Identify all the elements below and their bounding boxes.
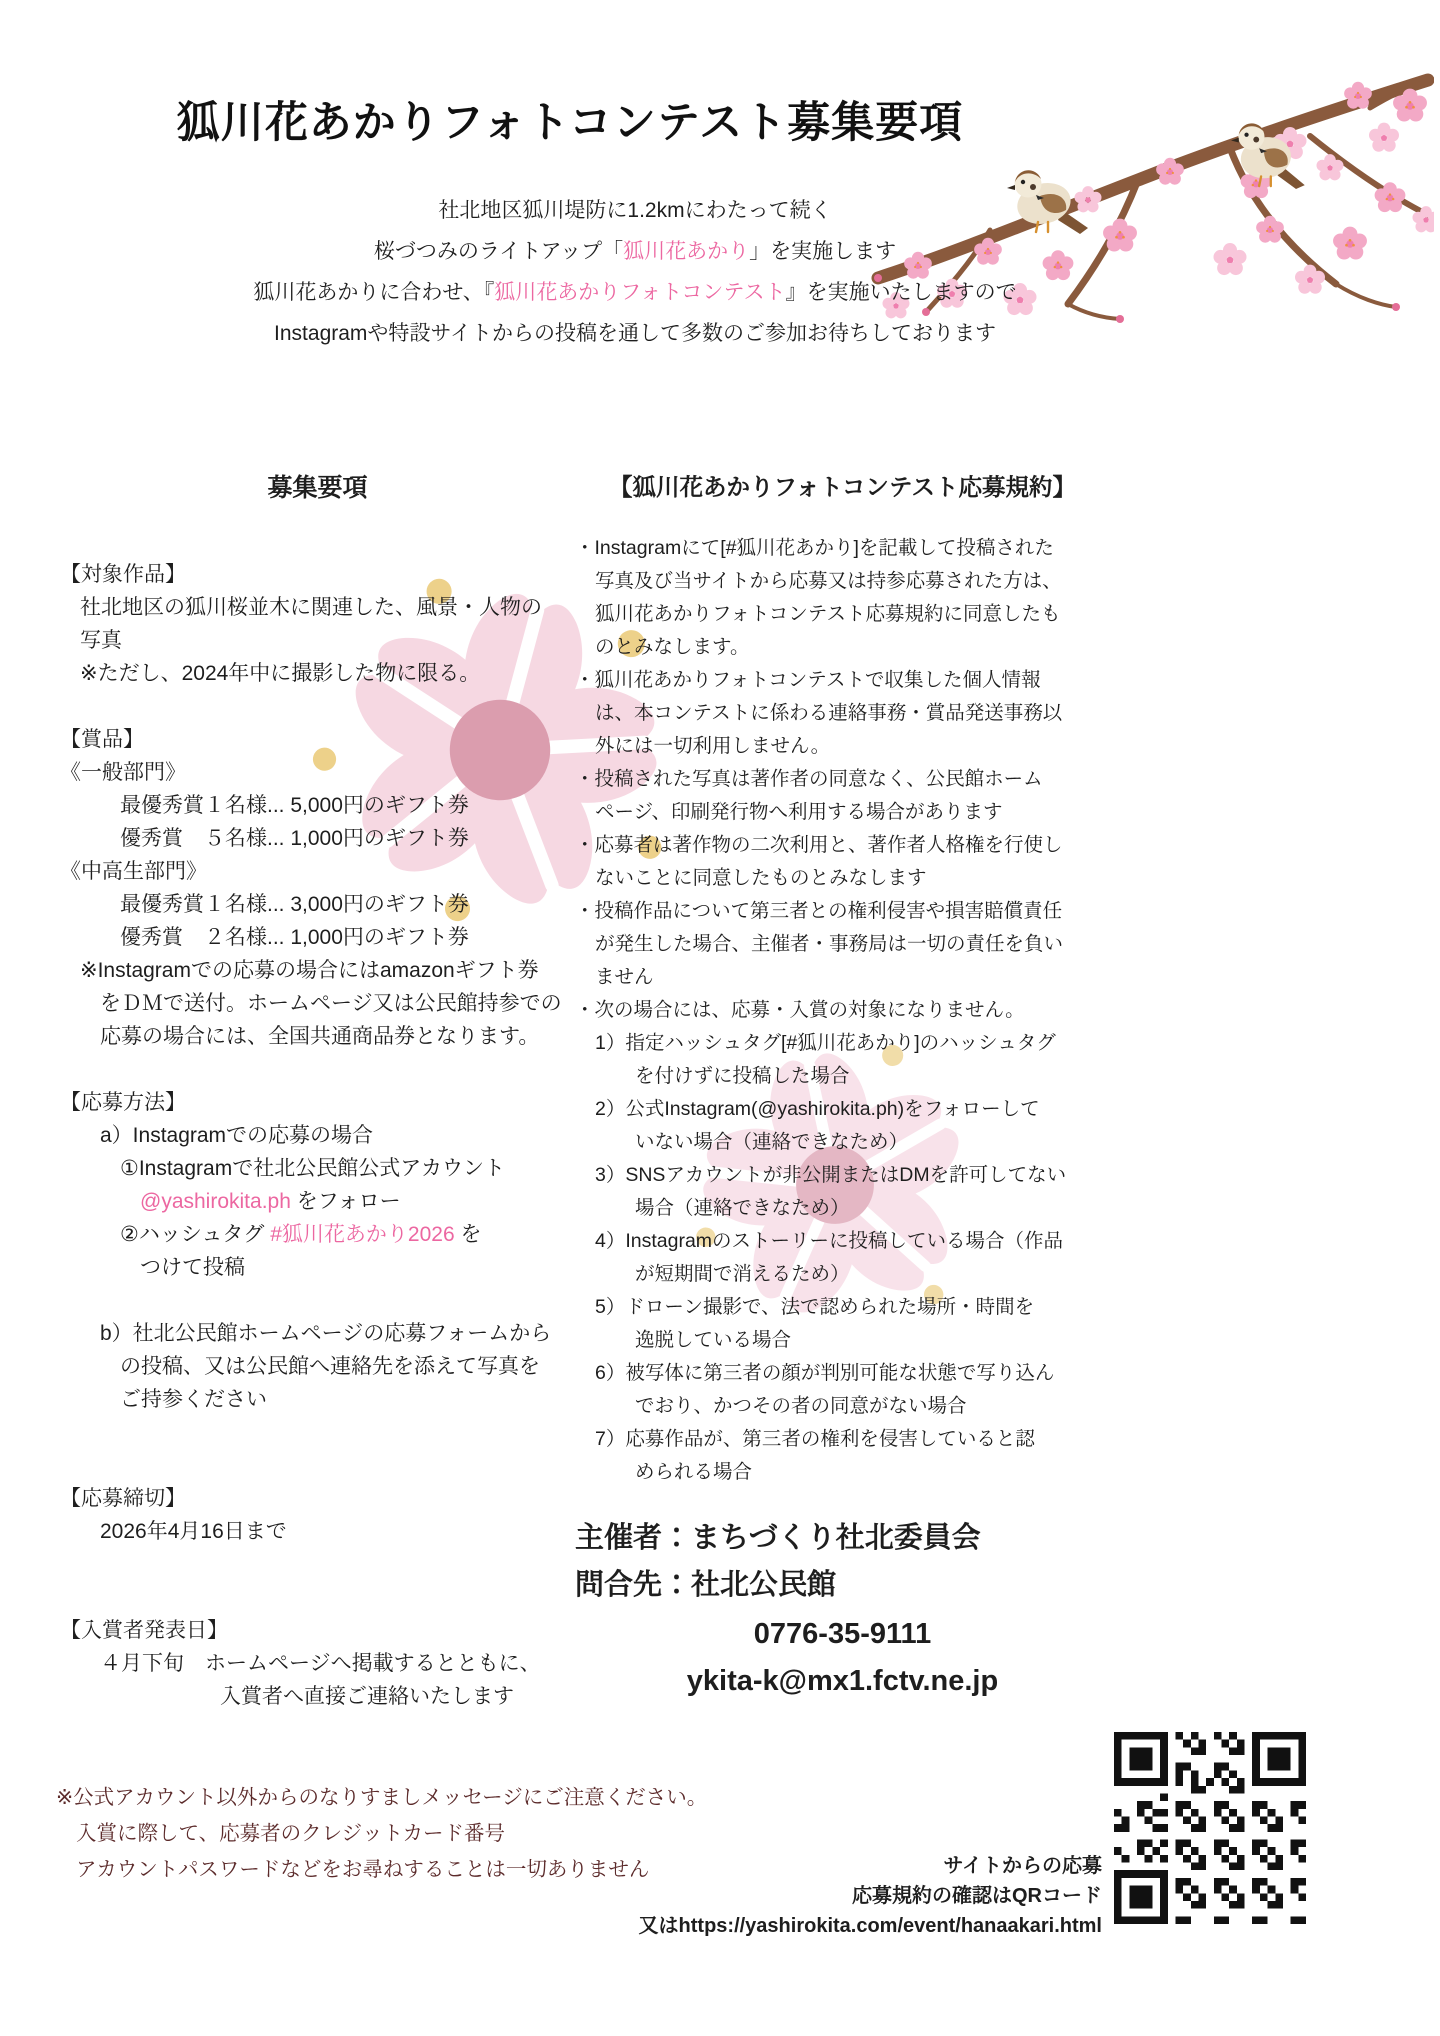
recruitment-column: 募集要項 【対象作品】社北地区の狐川桜並木に関連した、風景・人物の写真※ただし、… [60, 468, 575, 1713]
recruitment-heading: 募集要項 [60, 468, 575, 504]
poster-page: 狐川花あかりフォトコンテスト募集要項 [0, 0, 1440, 2036]
content-columns: 募集要項 【対象作品】社北地区の狐川桜並木に関連した、風景・人物の写真※ただし、… [60, 468, 1110, 1713]
organizer-info: 主催者：まちづくり社北委員会問合先：社北公民館 [575, 1515, 1110, 1609]
terms-heading: 【狐川花あかりフォトコンテスト応募規約】 [575, 468, 1110, 502]
qr-code [1114, 1732, 1306, 1924]
terms-body: ・Instagramにて[#狐川花あかり]を記載して投稿された写真及び当サイトか… [575, 532, 1110, 1489]
terms-column: 【狐川花あかりフォトコンテスト応募規約】 ・Instagramにて[#狐川花あか… [575, 468, 1110, 1713]
contact-info: 0776-35-9111 ykita-k@mx1.fctv.ne.jp [575, 1611, 1110, 1705]
page-title: 狐川花あかりフォトコンテスト募集要項 [0, 89, 1140, 150]
intro-text: 社北地区狐川堤防に1.2kmにわたって続く桜づつみのライトアップ「狐川花あかり」… [0, 190, 1270, 354]
email-address: ykita-k@mx1.fctv.ne.jp [575, 1658, 1110, 1705]
phone-number: 0776-35-9111 [575, 1611, 1110, 1658]
recruitment-body: 【対象作品】社北地区の狐川桜並木に関連した、風景・人物の写真※ただし、2024年… [60, 558, 575, 1713]
qr-caption: サイトからの応募応募規約の確認はQRコード又はhttps://yashiroki… [430, 1851, 1102, 1941]
